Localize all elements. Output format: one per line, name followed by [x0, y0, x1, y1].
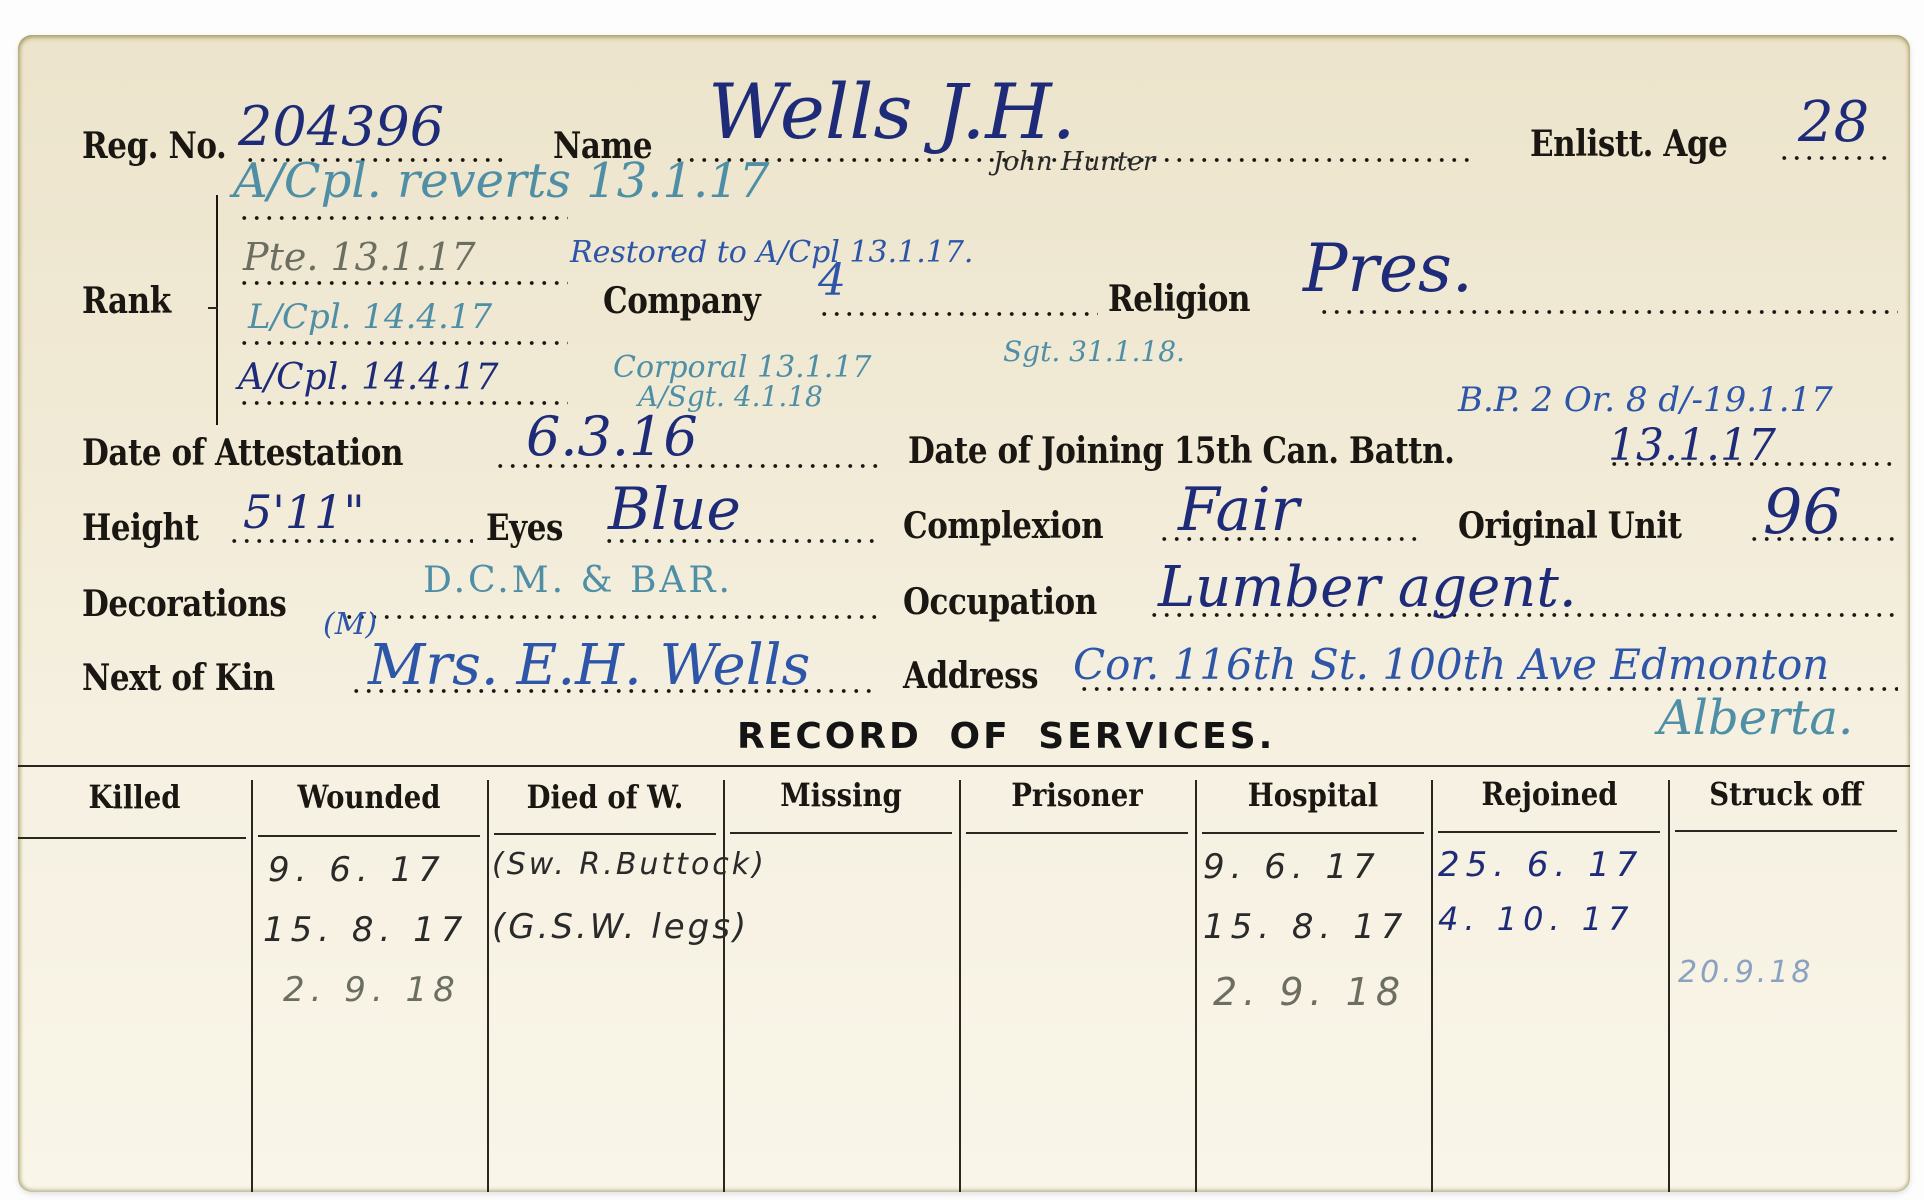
header-rule-died: [494, 833, 716, 835]
rank-label: Rank: [82, 280, 171, 322]
wound-note-2: (G.S.W. legs): [492, 907, 749, 947]
eyes-value: Blue: [608, 475, 741, 543]
col-divider-6: [1431, 780, 1433, 1192]
wound-note-1: (Sw. R.Buttock): [492, 847, 767, 882]
rank-dots-3: [238, 340, 568, 346]
col-header-wounded: Wounded: [268, 778, 471, 816]
col-divider-5: [1195, 780, 1197, 1192]
joining-value: 13.1.17: [1608, 420, 1776, 471]
eyes-label: Eyes: [486, 507, 563, 549]
wounded-date-2: 15. 8. 17: [263, 910, 468, 950]
col-header-struck-off: Struck off: [1685, 775, 1888, 813]
company-label: Company: [603, 280, 760, 322]
height-value: 5'11": [243, 485, 365, 539]
religion-label: Religion: [1108, 278, 1250, 320]
rank-dots-1: [238, 215, 568, 221]
rank-brace: [216, 195, 218, 425]
decorations-dots: [343, 614, 878, 620]
col-divider-4: [959, 780, 961, 1192]
rank-brace-tick: [208, 307, 218, 309]
header-rule-missing: [730, 832, 952, 834]
header-rule-prisoner: [966, 832, 1188, 834]
col-divider-3: [723, 780, 725, 1192]
rank-entry-3: L/Cpl. 14.4.17: [248, 297, 492, 337]
col-header-hospital: Hospital: [1212, 776, 1415, 814]
height-label: Height: [82, 507, 199, 549]
wounded-date-1: 9. 6. 17: [268, 850, 446, 890]
joining-label: Date of Joining 15th Can. Battn.: [908, 430, 1455, 472]
attestation-label: Date of Attestation: [82, 432, 403, 474]
address-label: Address: [903, 655, 1038, 697]
rank-note-restored: Restored to A/Cpl 13.1.17.: [570, 235, 973, 270]
next-of-kin-value: Mrs. E.H. Wells: [368, 633, 810, 698]
header-rule-rejoined: [1438, 831, 1660, 833]
rank-dots-4: [238, 400, 568, 406]
enlistment-age-value: 28: [1798, 90, 1869, 155]
reg-no-label: Reg. No.: [82, 125, 226, 167]
col-header-rejoined: Rejoined: [1448, 775, 1652, 813]
next-of-kin-label: Next of Kin: [82, 657, 275, 699]
original-unit-label: Original Unit: [1458, 505, 1682, 547]
rejoined-date-2: 4. 10. 17: [1438, 900, 1634, 938]
rank-note-sgt: Sgt. 31.1.18.: [1003, 335, 1185, 368]
company-dots: [818, 311, 1098, 317]
hospital-date-3: 2. 9. 18: [1213, 970, 1406, 1014]
header-rule-wounded: [258, 835, 480, 837]
attestation-value: 6.3.16: [526, 405, 698, 468]
rank-entry-2: Pte. 13.1.17: [243, 235, 476, 279]
rejoined-date-1: 25. 6. 17: [1438, 845, 1643, 885]
col-header-died-of-wounds: Died of W.: [504, 778, 707, 816]
address-line-2: Alberta.: [1658, 690, 1853, 746]
age-dots: [1778, 155, 1888, 161]
original-unit-value: 96: [1763, 475, 1842, 548]
service-record-card: Reg. No. 204396 Name Wells J.H. John Hun…: [18, 35, 1910, 1192]
rank-entry-4: A/Cpl. 14.4.17: [238, 357, 499, 398]
decorations-value: D.C.M. & BAR.: [423, 560, 733, 601]
struck-off-date: 20.9.18: [1678, 955, 1814, 990]
header-rule-killed: [18, 837, 246, 839]
reg-no-value: 204396: [238, 95, 444, 158]
hospital-date-1: 9. 6. 17: [1203, 847, 1381, 887]
religion-dots: [1318, 309, 1898, 315]
header-rule-struck-off: [1675, 830, 1897, 832]
record-of-services-title: RECORD OF SERVICES.: [737, 716, 1275, 757]
col-header-prisoner: Prisoner: [976, 776, 1179, 814]
company-value: 4: [818, 255, 846, 306]
address-line-1: Cor. 116th St. 100th Ave Edmonton: [1073, 640, 1829, 689]
complexion-value: Fair: [1178, 475, 1299, 545]
complexion-label: Complexion: [903, 505, 1103, 547]
col-divider-1: [251, 780, 253, 1192]
decorations-label: Decorations: [82, 583, 286, 625]
name-value: Wells J.H.: [708, 67, 1076, 156]
col-header-missing: Missing: [740, 776, 943, 814]
name-full-note: John Hunter: [993, 147, 1155, 177]
occupation-value: Lumber agent.: [1158, 555, 1577, 620]
religion-value: Pres.: [1303, 230, 1473, 307]
wounded-date-3: 2. 9. 18: [283, 970, 461, 1010]
bp-note: B.P. 2 Or. 8 d/-19.1.17: [1458, 380, 1833, 420]
rank-dots-2: [238, 280, 568, 286]
col-divider-7: [1668, 780, 1670, 1192]
enlistment-age-label: Enlistt. Age: [1530, 123, 1727, 165]
table-top-rule: [18, 765, 1910, 767]
occupation-label: Occupation: [903, 581, 1097, 623]
hospital-date-2: 15. 8. 17: [1203, 907, 1408, 947]
col-header-killed: Killed: [34, 778, 234, 816]
header-rule-hospital: [1202, 832, 1424, 834]
rank-entry-1: A/Cpl. reverts 13.1.17: [233, 153, 769, 209]
col-divider-2: [487, 780, 489, 1192]
